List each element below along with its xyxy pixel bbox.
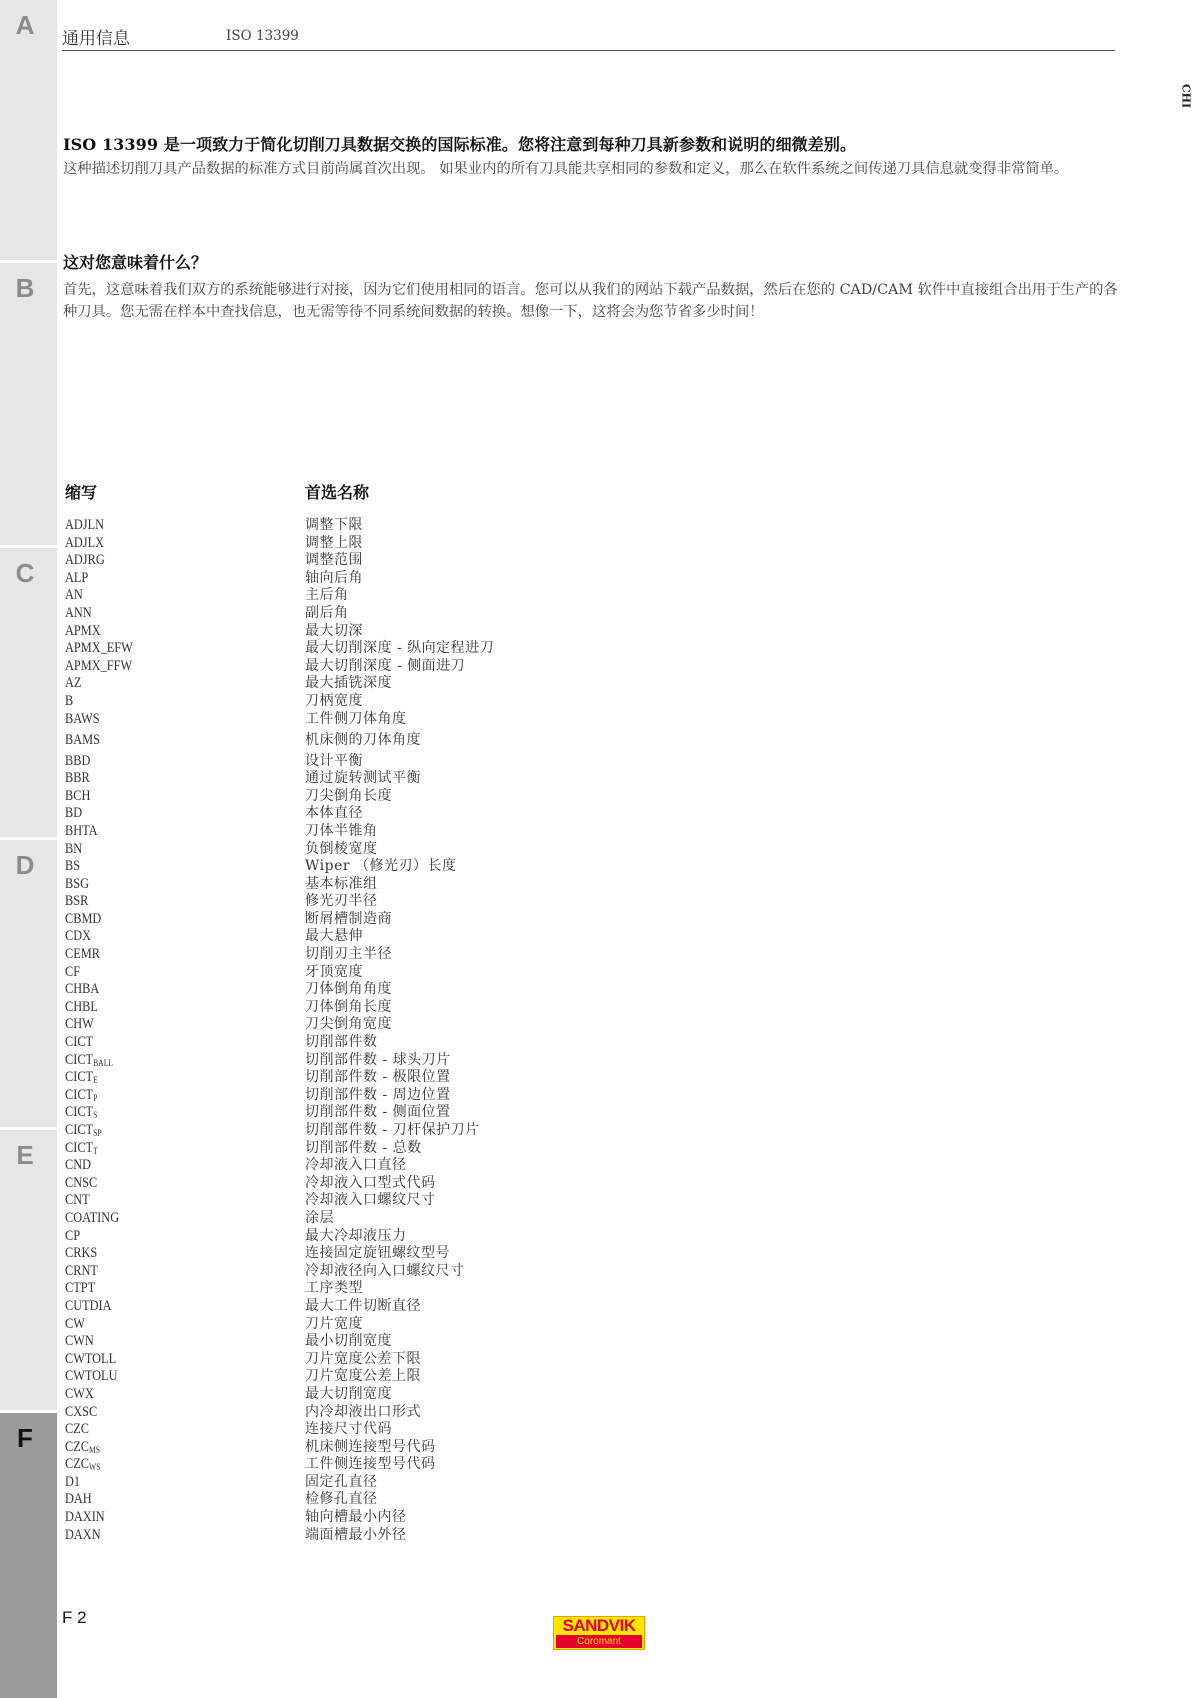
abbreviation: CEMR [65,946,100,964]
abbreviation-text: CWTOLL [65,1351,116,1367]
abbreviation-text: BSR [65,893,88,909]
standard-label: ISO 13399 [226,28,299,44]
preferred-name: 基本标准组 [305,876,378,894]
preferred-name: 设计平衡 [305,753,363,771]
abbreviation-text: CICT [65,1069,93,1085]
abbreviation-text: BAWS [65,711,100,727]
chapter-tab-e[interactable]: E [0,1130,57,1410]
abbreviation: CND [65,1157,91,1175]
abbreviation-text: BSG [65,876,89,892]
abbreviation-text: CHBA [65,981,99,997]
abbreviation-text: CICT [65,1104,93,1120]
preferred-name: 冷却液入口直径 [305,1157,407,1175]
preferred-name: 调整下限 [305,517,363,535]
table-row: BCH刀尖倒角长度 [65,788,765,806]
abbreviation: BAWS [65,711,100,729]
table-row: BSWiper （修光刃）长度 [65,858,765,876]
abbreviation-text: CWTOLU [65,1368,118,1384]
table-row: CUTDIA最大工件切断直径 [65,1298,765,1316]
table-row: DAXN端面槽最小外径 [65,1527,765,1545]
preferred-name: 冷却液入口螺纹尺寸 [305,1192,436,1210]
chapter-tab-f[interactable]: F [0,1413,57,1698]
preferred-name: 刀片宽度 [305,1316,363,1334]
abbreviation: CTPT [65,1280,95,1298]
abbreviation: CWX [65,1386,94,1404]
table-row: CNSC冷却液入口型式代码 [65,1175,765,1193]
abbreviation-text: CTPT [65,1280,95,1296]
abbreviation-text: BBR [65,770,90,786]
abbreviation-text: D1 [65,1474,80,1490]
table-row: CICTE切削部件数 - 极限位置 [65,1069,765,1087]
chapter-tab-letter: F [0,1423,50,1454]
abbreviation-text: BS [65,858,80,874]
preferred-name: 切削部件数 - 周边位置 [305,1087,451,1105]
abbreviation-subscript: E [93,1075,98,1085]
preferred-name: 切削部件数 - 总数 [305,1140,422,1158]
abbreviation-text: CICT [65,1140,93,1156]
abbreviation-text: CZC [65,1456,89,1472]
preferred-name: 刀柄宽度 [305,693,363,711]
table-row: CZC连接尺寸代码 [65,1421,765,1439]
abbreviation: CUTDIA [65,1298,112,1316]
table-row: CICTP切削部件数 - 周边位置 [65,1087,765,1105]
abbreviation-subscript: BALL [93,1058,113,1068]
abbreviation: CHBL [65,999,98,1017]
preferred-name: 冷却液径向入口螺纹尺寸 [305,1263,465,1281]
abbreviation-text: CHW [65,1016,94,1032]
abbreviation: BN [65,841,82,859]
preferred-name: 端面槽最小外径 [305,1527,407,1545]
abbreviation-text: CZC [65,1421,89,1437]
column-header-abbreviation: 缩写 [65,480,97,503]
table-row: CICTS切削部件数 - 侧面位置 [65,1104,765,1122]
page-header: 通用信息 ISO 13399 [62,22,1115,51]
abbreviation-text: CHBL [65,999,98,1015]
table-row: D1固定孔直径 [65,1474,765,1492]
abbreviation-list: ADJLN调整下限ADJLX调整上限ADJRG调整范围ALP轴向后角AN主后角A… [65,517,765,1544]
abbreviation-subscript: WS [89,1462,100,1472]
table-row: ALP轴向后角 [65,570,765,588]
abbreviation: BAMS [65,732,100,750]
table-row: BHTA刀体半锥角 [65,823,765,841]
abbreviation: CHBA [65,981,99,999]
abbreviation: DAXIN [65,1509,105,1527]
abbreviation-text: CBMD [65,911,101,927]
chapter-tab-b[interactable]: B [0,263,57,545]
table-row: CEMR切削刃主半径 [65,946,765,964]
chapter-tab-letter: C [0,558,50,589]
preferred-name: 最大切深 [305,623,363,641]
preferred-name: 切削部件数 - 侧面位置 [305,1104,451,1122]
abbreviation-text: B [65,693,73,709]
abbreviation-subscript: S [93,1110,97,1120]
abbreviation-text: CND [65,1157,91,1173]
abbreviation: CNT [65,1192,90,1210]
abbreviation-text: BD [65,805,82,821]
language-tag: CHI [1180,84,1193,108]
table-row: COATING涂层 [65,1210,765,1228]
abbreviation-text: BHTA [65,823,98,839]
table-row: B刀柄宽度 [65,693,765,711]
table-row: BAWS工件侧刀体角度 [65,711,765,732]
abbreviation: AN [65,587,83,605]
abbreviation: CWTOLU [65,1368,118,1386]
table-row: CDX最大悬伸 [65,928,765,946]
abbreviation: APMX [65,623,101,641]
abbreviation: CZC [65,1421,89,1439]
abbreviation: CHW [65,1016,94,1034]
table-row: CRNT冷却液径向入口螺纹尺寸 [65,1263,765,1281]
abbreviation-text: CF [65,964,80,980]
preferred-name: 切削部件数 - 极限位置 [305,1069,451,1087]
abbreviation: ADJLN [65,517,104,535]
preferred-name: 最大切削宽度 [305,1386,392,1404]
preferred-name: 最大插铣深度 [305,675,392,693]
abbreviation: DAH [65,1491,92,1509]
table-row: BN负倒棱宽度 [65,841,765,859]
preferred-name: 工件侧连接型号代码 [305,1456,436,1474]
abbreviation-text: DAH [65,1491,92,1507]
page-number: F 2 [62,1608,87,1628]
abbreviation: APMX_EFW [65,640,133,658]
abbreviation-text: CWN [65,1333,94,1349]
table-row: ADJRG调整范围 [65,552,765,570]
chapter-tab-a[interactable]: A [0,0,57,260]
abbreviation: COATING [65,1210,119,1228]
table-row: AN主后角 [65,587,765,605]
abbreviation-text: CWX [65,1386,94,1402]
abbreviation-text: COATING [65,1210,119,1226]
preferred-name: 牙顶宽度 [305,964,363,982]
chapter-tab-letter: A [0,10,50,41]
abbreviation-text: BCH [65,788,90,804]
abbreviation: BSG [65,876,89,894]
preferred-name: 连接固定旋钮螺纹型号 [305,1245,450,1263]
abbreviation-text: ADJRG [65,552,105,568]
abbreviation-text: CUTDIA [65,1298,112,1314]
abbreviation-text: DAXIN [65,1509,105,1525]
table-row: CP最大冷却液压力 [65,1228,765,1246]
table-row: CICT切削部件数 [65,1034,765,1052]
preferred-name: 最大冷却液压力 [305,1228,407,1246]
abbreviation-text: CW [65,1316,85,1332]
preferred-name: 刀尖倒角宽度 [305,1016,392,1034]
abbreviation-text: AN [65,587,83,603]
preferred-name: 刀体倒角长度 [305,999,392,1017]
preferred-name: 主后角 [305,587,349,605]
abbreviation: CDX [65,928,91,946]
meaning-paragraph: 首先，这意味着我们双方的系统能够进行对接，因为它们使用相同的语言。您可以从我们的… [63,279,1118,323]
preferred-name: 负倒棱宽度 [305,841,378,859]
abbreviation: ANN [65,605,92,623]
table-row: BBR通过旋转测试平衡 [65,770,765,788]
table-row: ADJLX调整上限 [65,535,765,553]
abbreviation-text: CICT [65,1034,93,1050]
abbreviation: CNSC [65,1175,97,1193]
abbreviation-text: CNT [65,1192,90,1208]
abbreviation: ALP [65,570,88,588]
abbreviation-text: CICT [65,1087,93,1103]
table-row: CTPT工序类型 [65,1280,765,1298]
preferred-name: Wiper （修光刃）长度 [305,858,457,876]
table-row: CWTOLU刀片宽度公差上限 [65,1368,765,1386]
preferred-name: 涂层 [305,1210,334,1228]
abbreviation: CRNT [65,1263,98,1281]
abbreviation: CXSC [65,1404,97,1422]
preferred-name: 通过旋转测试平衡 [305,770,421,788]
abbreviation: CBMD [65,911,101,929]
abbreviation-text: CXSC [65,1404,97,1420]
table-row: BBD设计平衡 [65,753,765,771]
abbreviation-text: CICT [65,1122,93,1138]
preferred-name: 固定孔直径 [305,1474,378,1492]
preferred-name: 工序类型 [305,1280,363,1298]
table-row: DAXIN轴向槽最小内径 [65,1509,765,1527]
abbreviation: DAXN [65,1527,101,1545]
preferred-name: 最小切削宽度 [305,1333,392,1351]
chapter-tab-d[interactable]: D [0,840,57,1127]
abbreviation-text: CEMR [65,946,100,962]
abbreviation-text: CRNT [65,1263,98,1279]
abbreviation-subscript: MS [89,1445,100,1455]
sandvik-coromant-logo: SANDVIK Coromant [553,1616,645,1650]
table-row: BAMS机床侧的刀体角度 [65,732,765,753]
table-row: CICTBALL切削部件数 - 球头刀片 [65,1052,765,1070]
table-row: CNT冷却液入口螺纹尺寸 [65,1192,765,1210]
abbreviation-text: CICT [65,1052,93,1068]
chapter-tab-letter: D [0,850,50,881]
abbreviation: ADJLX [65,535,104,553]
abbreviation: D1 [65,1474,80,1492]
logo-sub: Coromant [556,1635,642,1648]
abbreviation: ADJRG [65,552,105,570]
column-header-preferred-name: 首选名称 [305,480,369,503]
abbreviation: CP [65,1228,80,1246]
abbreviation-subscript: T [93,1146,98,1156]
table-row: CZCWS工件侧连接型号代码 [65,1456,765,1474]
abbreviation: CRKS [65,1245,97,1263]
preferred-name: 冷却液入口型式代码 [305,1175,436,1193]
preferred-name: 调整上限 [305,535,363,553]
preferred-name: 最大工件切断直径 [305,1298,421,1316]
table-row: BSG基本标准组 [65,876,765,894]
abbreviation: APMX_FFW [65,658,132,676]
preferred-name: 最大切削深度 - 侧面进刀 [305,658,465,676]
preferred-name: 刀体倒角角度 [305,981,392,999]
preferred-name: 轴向后角 [305,570,363,588]
abbreviation: BHTA [65,823,98,841]
table-row: APMX_FFW最大切削深度 - 侧面进刀 [65,658,765,676]
table-row: CBMD断屑槽制造商 [65,911,765,929]
preferred-name: 本体直径 [305,805,363,823]
preferred-name: 刀片宽度公差上限 [305,1368,421,1386]
table-row: BD本体直径 [65,805,765,823]
abbreviation-text: DAXN [65,1527,101,1543]
preferred-name: 刀片宽度公差下限 [305,1351,421,1369]
abbreviation-subscript: SP [93,1128,102,1138]
table-row: CHBA刀体倒角角度 [65,981,765,999]
preferred-name: 检修孔直径 [305,1491,378,1509]
intro-heading: ISO 13399 是一项致力于简化切削刀具数据交换的国际标准。您将注意到每种刀… [63,132,856,155]
preferred-name: 刀体半锥角 [305,823,378,841]
abbreviation-text: CP [65,1228,80,1244]
chapter-tab-letter: B [0,273,50,304]
table-row: CWX最大切削宽度 [65,1386,765,1404]
abbreviation: CWTOLL [65,1351,116,1369]
abbreviation-text: CRKS [65,1245,97,1261]
abbreviation-text: ADJLX [65,535,104,551]
abbreviation-text: CNSC [65,1175,97,1191]
table-row: CWN最小切削宽度 [65,1333,765,1351]
table-row: CICTT切削部件数 - 总数 [65,1140,765,1158]
table-row: AZ最大插铣深度 [65,675,765,693]
abbreviation: AZ [65,675,81,693]
table-row: ADJLN调整下限 [65,517,765,535]
preferred-name: 切削部件数 - 球头刀片 [305,1052,451,1070]
table-row: CZCMS机床侧连接型号代码 [65,1439,765,1457]
abbreviation-text: CZC [65,1439,89,1455]
abbreviation-text: APMX [65,623,101,639]
table-row: CRKS连接固定旋钮螺纹型号 [65,1245,765,1263]
table-row: CWTOLL刀片宽度公差下限 [65,1351,765,1369]
section-title: 通用信息 [62,24,130,49]
preferred-name: 轴向槽最小内径 [305,1509,407,1527]
table-row: APMX最大切深 [65,623,765,641]
table-row: CICTSP切削部件数 - 刀杆保护刀片 [65,1122,765,1140]
abbreviation-text: ADJLN [65,517,104,533]
table-row: CF牙顶宽度 [65,964,765,982]
table-row: DAH检修孔直径 [65,1491,765,1509]
table-row: CHW刀尖倒角宽度 [65,1016,765,1034]
abbreviation-text: ANN [65,605,92,621]
abbreviation: BS [65,858,80,876]
preferred-name: 刀尖倒角长度 [305,788,392,806]
abbreviation: CF [65,964,80,982]
preferred-name: 工件侧刀体角度 [305,711,407,729]
abbreviation-text: BBD [65,753,90,769]
intro-paragraph: 这种描述切削刀具产品数据的标准方式目前尚属首次出现。 如果业内的所有刀具能共享相… [63,158,1118,180]
table-row: CND冷却液入口直径 [65,1157,765,1175]
abbreviation: B [65,693,73,711]
preferred-name: 机床侧连接型号代码 [305,1439,436,1457]
preferred-name: 切削部件数 - 刀杆保护刀片 [305,1122,480,1140]
abbreviation-text: BN [65,841,82,857]
preferred-name: 连接尺寸代码 [305,1421,392,1439]
abbreviation: BBR [65,770,90,788]
meaning-heading: 这对您意味着什么？ [63,250,207,273]
abbreviation: CWN [65,1333,94,1351]
table-row: CW刀片宽度 [65,1316,765,1334]
abbreviation: BBD [65,753,90,771]
preferred-name: 最大切削深度 - 纵向定程进刀 [305,640,494,658]
abbreviation: BCH [65,788,90,806]
preferred-name: 断屑槽制造商 [305,911,392,929]
abbreviation: BSR [65,893,88,911]
logo-brand: SANDVIK [554,1617,644,1635]
preferred-name: 调整范围 [305,552,363,570]
chapter-tab-letter: E [0,1140,50,1171]
table-row: BSR修光刃半径 [65,893,765,911]
abbreviation-text: ALP [65,570,88,586]
table-row: APMX_EFW最大切削深度 - 纵向定程进刀 [65,640,765,658]
table-row: CHBL刀体倒角长度 [65,999,765,1017]
preferred-name: 修光刃半径 [305,893,378,911]
abbreviation-subscript: P [93,1093,97,1103]
abbreviation-text: AZ [65,675,81,691]
chapter-tab-c[interactable]: C [0,548,57,837]
preferred-name: 切削刃主半径 [305,946,392,964]
preferred-name: 机床侧的刀体角度 [305,732,421,750]
preferred-name: 最大悬伸 [305,928,363,946]
preferred-name: 内冷却液出口形式 [305,1404,421,1422]
table-row: CXSC内冷却液出口形式 [65,1404,765,1422]
abbreviation: CW [65,1316,85,1334]
abbreviation-text: BAMS [65,732,100,748]
abbreviation: BD [65,805,82,823]
abbreviation-text: CDX [65,928,91,944]
abbreviation-text: APMX_FFW [65,658,132,674]
table-row: ANN副后角 [65,605,765,623]
preferred-name: 切削部件数 [305,1034,378,1052]
abbreviation-text: APMX_EFW [65,640,133,656]
abbreviation: CICT [65,1034,93,1052]
preferred-name: 副后角 [305,605,349,623]
